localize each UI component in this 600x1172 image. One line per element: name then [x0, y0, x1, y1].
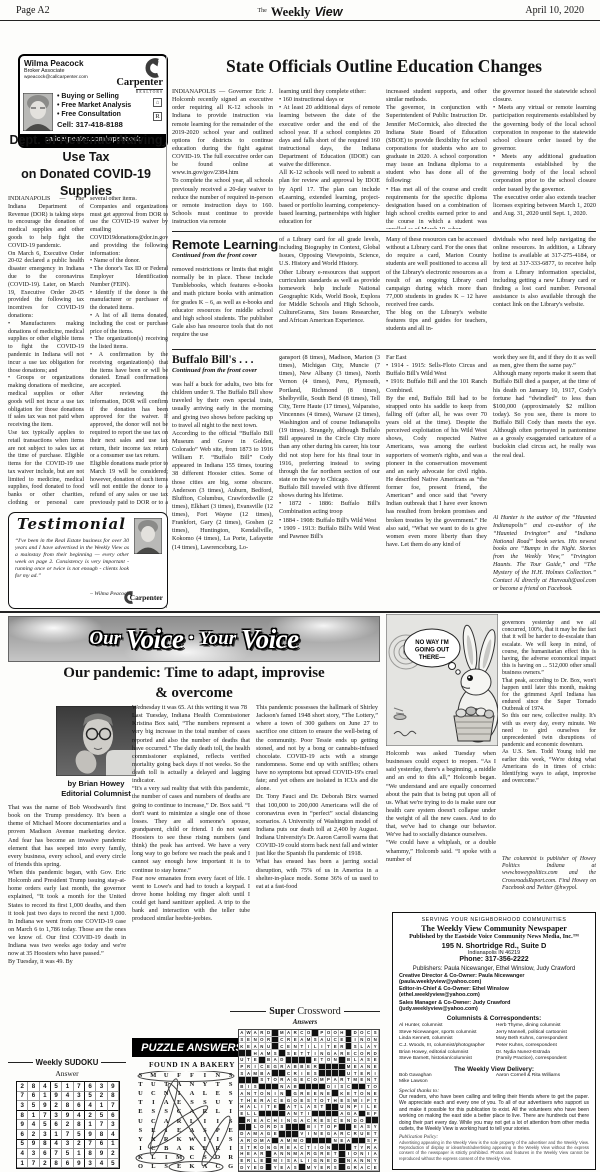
crossword-cell: S [272, 1050, 279, 1057]
columnist-entry: Herb Thyme, dining columnist [496, 1023, 589, 1030]
masthead-title: The Weekly View Community Newspaper [399, 924, 589, 933]
wordsearch-cell: K [186, 1144, 199, 1153]
crossword-cell: I [359, 1097, 366, 1104]
crossword-cell: S [286, 1158, 293, 1165]
masthead-publishers: Publishers: Paula Nicewanger, Ethel Wins… [399, 966, 589, 972]
sudoku-cell: 6 [28, 1092, 39, 1102]
sudoku-cell: 7 [85, 1140, 96, 1150]
wordsearch-cell: S [198, 1126, 211, 1135]
wordsearch-cell: U [134, 1089, 147, 1098]
bubble-line-2: GOING OUT [415, 648, 450, 654]
wordsearch-cell: S [134, 1071, 147, 1080]
crossword-cell: A [299, 1151, 306, 1158]
crossword-cell: S [239, 1037, 246, 1044]
crossword-rule-left [230, 1011, 266, 1012]
education-col-2: learning until they complete either: • 1… [279, 88, 380, 229]
crossword-cell: S [346, 1097, 353, 1104]
crossword-cell: G [266, 1131, 273, 1138]
crossword-cell [326, 1138, 333, 1145]
crossword-cell: A [239, 1090, 246, 1097]
crossword-cell: M [286, 1138, 293, 1145]
crossword-cell: G [326, 1131, 333, 1138]
sudoku-cell: 8 [96, 1130, 107, 1140]
crossword-cell: E [339, 1138, 346, 1145]
crossword-cell [259, 1084, 266, 1091]
crossword-cell: W [246, 1030, 253, 1037]
crossword-cell: C [346, 1084, 353, 1091]
crossword-cell [246, 1077, 253, 1084]
bubble-line-1: NO WAY I'M [415, 640, 448, 646]
crossword-cell [326, 1111, 333, 1118]
columnist-entry: (Family Practice), correspondent [496, 1056, 589, 1063]
crossword-cell: E [299, 1097, 306, 1104]
crossword-cell [246, 1050, 253, 1057]
crossword-cell: O [352, 1151, 359, 1158]
crossword-cell: E [319, 1131, 326, 1138]
sudoku-cell: 6 [62, 1159, 73, 1169]
sudoku-cell: 3 [74, 1092, 85, 1102]
crossword-cell [272, 1070, 279, 1077]
sudoku-cell: 7 [51, 1149, 62, 1159]
crossword-cell [339, 1164, 346, 1171]
crossword-cell: E [246, 1043, 253, 1050]
crossword-cell [346, 1124, 353, 1131]
crossword-cell: A [286, 1077, 293, 1084]
wordsearch-cell: E [224, 1126, 237, 1135]
sudoku-cell: 3 [17, 1101, 28, 1111]
crossword-cell: I [259, 1104, 266, 1111]
sudoku-cell: 3 [96, 1082, 107, 1092]
crossword-cell: E [319, 1164, 326, 1171]
testimonial-title: Testimonial [17, 515, 126, 533]
crossword-cell: E [366, 1111, 373, 1118]
ad-bullet-3: • Free Consultation [57, 110, 131, 119]
sudoku-cell: 1 [108, 1140, 119, 1150]
crossword-cell: S [312, 1104, 319, 1111]
our-voice-banner: Our Voice • Your Voice [8, 616, 380, 662]
columnist-entry: Peter Kuhns, correspondent [496, 1043, 589, 1050]
crossword-cell: M [306, 1164, 313, 1171]
crossword-cell: R [352, 1164, 359, 1171]
sudoku-cell: 5 [74, 1130, 85, 1140]
crossword-cell: T [372, 1131, 379, 1138]
crossword-cell: L [299, 1104, 306, 1111]
crossword-cell: C [272, 1097, 279, 1104]
crossword-cell: T [266, 1104, 273, 1111]
crossword-cell: E [252, 1164, 259, 1171]
crossword-cell: R [286, 1037, 293, 1044]
ad-brand: Carpenter [116, 77, 163, 88]
crossword-cell [279, 1070, 286, 1077]
crossword-cell: N [266, 1090, 273, 1097]
crossword-cell [319, 1070, 326, 1077]
crossword-cell: Y [359, 1144, 366, 1151]
crossword-cell: N [279, 1151, 286, 1158]
sudoku-cell: 8 [17, 1111, 28, 1121]
sudoku-cell: 3 [108, 1120, 119, 1130]
crossword-cell: E [259, 1158, 266, 1165]
crossword-cell: R [312, 1064, 319, 1071]
crossword-cell: O [292, 1097, 299, 1104]
banner-voice-1: Voice [126, 624, 184, 655]
crossword-cell: C [266, 1117, 273, 1124]
crossword-cell: M [292, 1138, 299, 1145]
masthead-owner-2: Editor-in-Chief & Co-Owner: Ethel Winslo… [399, 986, 589, 998]
crossword-cell: C [286, 1070, 293, 1077]
newspaper-nameplate: The Weekly View [0, 3, 600, 21]
sudoku-cell: 4 [17, 1149, 28, 1159]
crossword-cell: G [272, 1064, 279, 1071]
crossword-cell: U [266, 1043, 273, 1050]
crossword-cell: R [279, 1077, 286, 1084]
sudoku-cell: 8 [74, 1120, 85, 1130]
crossword-cell: R [299, 1090, 306, 1097]
testimonial-attribution: – Wilma Peacock [15, 591, 129, 597]
crossword-cell: I [346, 1151, 353, 1158]
crossword-cell [359, 1138, 366, 1145]
crossword-cell: S [366, 1124, 373, 1131]
banner-dot: • [189, 630, 195, 648]
crossword-cell: S [312, 1070, 319, 1077]
sudoku-cell: 5 [62, 1149, 73, 1159]
crossword-cell: N [292, 1043, 299, 1050]
crossword-cell: A [319, 1037, 326, 1044]
buffalo-bill-continued: Continued from the front cover [172, 367, 257, 374]
crossword-cell: C [279, 1043, 286, 1050]
sudoku-cell: 2 [51, 1101, 62, 1111]
crossword-cell: F [366, 1097, 373, 1104]
crossword-cell: N [286, 1117, 293, 1124]
crossword-cell: S [352, 1043, 359, 1050]
masthead-policy-text: Advertising appearing in the Weekly View… [399, 1140, 589, 1161]
crossword-cell: G [286, 1097, 293, 1104]
sudoku-cell: 8 [62, 1101, 73, 1111]
crossword-cell: P [352, 1104, 359, 1111]
crossword-cell [266, 1084, 273, 1091]
opinion-headline-line2: & overcome [8, 685, 380, 702]
wordsearch-cell: L [211, 1107, 224, 1116]
crossword-cell: P [372, 1138, 379, 1145]
wordsearch-cell: S [224, 1089, 237, 1098]
crossword-cell: E [359, 1077, 366, 1084]
crossword-cell: I [272, 1090, 279, 1097]
crossword-cell: N [359, 1151, 366, 1158]
crossword-cell: E [299, 1077, 306, 1084]
crossword-cell: Y [372, 1043, 379, 1050]
sudoku-cell: 5 [96, 1111, 107, 1121]
buffalo-col-3: Far East • 1914 - 1915: Sells-Floto Circ… [386, 354, 487, 608]
sudoku-cell: 9 [85, 1130, 96, 1140]
wordsearch-cell: R [173, 1116, 186, 1125]
sudoku-cell: 5 [40, 1120, 51, 1130]
crossword-cell: C [306, 1077, 313, 1084]
wordsearch-cell: R [160, 1135, 173, 1144]
crossword-cell [299, 1124, 306, 1131]
crossword-cell: E [306, 1064, 313, 1071]
masthead-address: 195 N. Shortridge Rd., Suite D [399, 941, 589, 950]
wordsearch-cell: A [173, 1080, 186, 1089]
crossword-cell [286, 1090, 293, 1097]
crossword-cell: H [332, 1097, 339, 1104]
crossword-cell: E [239, 1158, 246, 1165]
crossword-cell: R [252, 1144, 259, 1151]
sudoku-cell: 1 [62, 1082, 73, 1092]
crossword-cell: R [246, 1064, 253, 1071]
masthead-columnists-left: Al Hunter, columnistSteve Nicewanger, sp… [399, 1023, 492, 1063]
crossword-cell [279, 1111, 286, 1118]
crossword-cell: I [279, 1158, 286, 1165]
wordsearch-cell: C [147, 1144, 160, 1153]
crossword-cell: R [246, 1138, 253, 1145]
sudoku-cell: 2 [96, 1092, 107, 1102]
crossword-cell: D [266, 1030, 273, 1037]
crossword-cell: T [319, 1124, 326, 1131]
crossword-cell: N [326, 1144, 333, 1151]
crossword-cell: C [279, 1037, 286, 1044]
crossword-cell [312, 1084, 319, 1091]
crossword-cell: R [306, 1151, 313, 1158]
masthead-columnists-header: Columnists & Correspondents: [399, 1015, 589, 1022]
wordsearch-cell: K [186, 1162, 199, 1171]
crossword-cell: H [272, 1117, 279, 1124]
crossword-cell: C [332, 1037, 339, 1044]
crossword-cell: M [346, 1064, 353, 1071]
wordsearch-cell: I [211, 1135, 224, 1144]
crossword-cell: S [279, 1124, 286, 1131]
crossword-cell: S [259, 1077, 266, 1084]
crossword-cell: T [299, 1043, 306, 1050]
crossword-cell [306, 1084, 313, 1091]
ad-bullet-2: • Free Market Analysis [57, 101, 131, 110]
crossword-cell: N [366, 1064, 373, 1071]
crossword-cell: S [332, 1164, 339, 1171]
crossword-cell [372, 1117, 379, 1124]
sudoku-cell: 6 [85, 1082, 96, 1092]
puzzle-answers-banner: PUZZLE ANSWERS [132, 1038, 252, 1057]
wordsearch-cell: S [160, 1162, 173, 1171]
crossword-cell: E [339, 1117, 346, 1124]
sudoku-cell: 3 [62, 1140, 73, 1150]
buffalo-col-4: work they see fit, and if they do it as … [493, 354, 596, 512]
revenue-col-2: several other items. Companies and organ… [90, 196, 168, 507]
crossword-cell: N [372, 1037, 379, 1044]
wordsearch-cell: I [147, 1098, 160, 1107]
sudoku-cell: 9 [40, 1101, 51, 1111]
remote-learning-continued: Continued from the front cover [172, 252, 257, 259]
wordsearch-cell: C [147, 1089, 160, 1098]
masthead-tagline: SERVING YOUR NEIGHBORHOOD COMMUNITIES [399, 917, 589, 923]
crossword-cell [272, 1138, 279, 1145]
crossword-cell: S [239, 1070, 246, 1077]
crossword-cell [299, 1057, 306, 1064]
crossword-cell: C [366, 1164, 373, 1171]
crossword-cell: G [272, 1144, 279, 1151]
crossword-cell: T [366, 1084, 373, 1091]
crossword-cell [319, 1138, 326, 1145]
sudoku-cell: 2 [108, 1149, 119, 1159]
crossword-cell: T [306, 1050, 313, 1057]
crossword-cell: R [366, 1070, 373, 1077]
crossword-cell: T [246, 1057, 253, 1064]
crossword-cell: R [312, 1117, 319, 1124]
crossword-cell: E [326, 1090, 333, 1097]
crossword-cell: A [332, 1077, 339, 1084]
wordsearch-cell: M [147, 1071, 160, 1080]
testimonial-photo [134, 518, 162, 554]
crossword-cell: E [252, 1117, 259, 1124]
crossword-cell [346, 1144, 353, 1151]
crossword-cell [259, 1111, 266, 1118]
masthead-delivery-header: The Weekly View Delivery: [399, 1066, 589, 1073]
crossword-cell: N [279, 1090, 286, 1097]
crossword-cell: O [359, 1050, 366, 1057]
wordsearch-cell: I [224, 1107, 237, 1116]
buffalo-bill-title: Buffalo Bill's . . . [172, 354, 253, 366]
wordsearch-cell: A [186, 1089, 199, 1098]
crossword-cell [292, 1131, 299, 1138]
crossword-cell: B [266, 1057, 273, 1064]
crossword-cell: W [352, 1097, 359, 1104]
crossword-cell [332, 1090, 339, 1097]
crossword-cell: E [372, 1057, 379, 1064]
crossword-cell [306, 1057, 313, 1064]
crossword-cell: C [299, 1030, 306, 1037]
crossword-cell: S [339, 1084, 346, 1091]
wordsearch-cell: S [198, 1153, 211, 1162]
remote-col-3: Many of these resources can be accessed … [386, 236, 487, 346]
wordsearch-cell: S [147, 1107, 160, 1116]
crossword-cell: N [359, 1037, 366, 1044]
crossword-subtitle: Answers [230, 1018, 380, 1026]
section-rule-remote [172, 231, 596, 232]
crossword-cell: E [352, 1064, 359, 1071]
crossword-cell: D [326, 1084, 333, 1091]
wordsearch-grid: SMUFFINSSTUTANYTSTUCNIALESATIAESSUYLESSC… [134, 1071, 250, 1171]
crossword-cell: T [252, 1090, 259, 1097]
crossword-cell: B [299, 1064, 306, 1071]
crossword-cell: V [299, 1131, 306, 1138]
crossword-cell: A [346, 1138, 353, 1145]
crossword-cell: I [332, 1084, 339, 1091]
crossword-cell: N [366, 1158, 373, 1165]
wordsearch-cell: W [186, 1135, 199, 1144]
crossword-cell [326, 1070, 333, 1077]
crossword-cell [339, 1064, 346, 1071]
masthead-phone: Phone: 317-356-2222 [399, 956, 589, 963]
crossword-cell: A [332, 1050, 339, 1057]
columnist-entry: Mary Beth Kuhns, correspondent [496, 1036, 589, 1043]
crossword-cell [272, 1084, 279, 1091]
opinion-col-1: That was the name of Bob Woodward's firs… [8, 804, 126, 1050]
crossword-cell [312, 1111, 319, 1118]
wordsearch-cell: C [186, 1153, 199, 1162]
sudoku-cell: 4 [96, 1159, 107, 1169]
buffalo-col-1: was half a buck for adults, two bits for… [172, 381, 273, 608]
wordsearch-cell: O [134, 1162, 147, 1171]
crossword-cell: A [266, 1097, 273, 1104]
sudoku-cell: 8 [28, 1082, 39, 1092]
crossword-cell [292, 1057, 299, 1064]
crossword-cell: K [239, 1043, 246, 1050]
crossword-cell: O [326, 1030, 333, 1037]
crossword-cell [266, 1151, 273, 1158]
crossword-cell: E [286, 1043, 293, 1050]
crossword-cell: I [359, 1104, 366, 1111]
crossword-cell [319, 1111, 326, 1118]
crossword-cell: A [239, 1030, 246, 1037]
crossword-cell: E [279, 1097, 286, 1104]
sudoku-cell: 3 [85, 1159, 96, 1169]
wordsearch-cell: O [211, 1153, 224, 1162]
masthead-owner-1: Creative Director & Co-Owner: Paula Nice… [399, 973, 589, 985]
wordsearch-cell: F [186, 1071, 199, 1080]
sudoku-cell: 7 [74, 1082, 85, 1092]
crossword-cell [359, 1084, 366, 1091]
crossword-cell: T [372, 1097, 379, 1104]
brian-howey-photo [56, 706, 136, 776]
crossword-cell: T [246, 1144, 253, 1151]
opinion-section-rule [0, 611, 600, 613]
crossword-cell: P [326, 1077, 333, 1084]
crossword-cell: M [259, 1138, 266, 1145]
crossword-cell: O [312, 1077, 319, 1084]
crossword-cell: R [279, 1064, 286, 1071]
crossword-cell [279, 1050, 286, 1057]
crossword-cell: A [286, 1164, 293, 1171]
wordsearch-cell: L [198, 1089, 211, 1098]
wordsearch-cell: E [211, 1089, 224, 1098]
crossword-cell: S [239, 1144, 246, 1151]
crossword-cell: N [319, 1158, 326, 1165]
crossword-cell: A [259, 1131, 266, 1138]
crossword-cell [252, 1077, 259, 1084]
crossword-cell: I [279, 1117, 286, 1124]
crossword-cell: Y [246, 1164, 253, 1171]
wordsearch-cell: S [198, 1098, 211, 1107]
sudoku-cell: 9 [96, 1149, 107, 1159]
wordsearch-cell: S [224, 1080, 237, 1089]
crossword-cell: R [266, 1124, 273, 1131]
crossword-cell: N [366, 1077, 373, 1084]
crossword-cell: N [346, 1117, 353, 1124]
crossword-cell: A [279, 1138, 286, 1145]
equal-housing-icon: ⌂ [153, 98, 162, 107]
crossword-cell: A [359, 1064, 366, 1071]
education-col-1: INDIANAPOLIS — Governor Eric J. Holcomb … [172, 88, 273, 229]
crossword-cell: T [306, 1144, 313, 1151]
crossword-cell: I [312, 1124, 319, 1131]
crossword-cell: A [246, 1131, 253, 1138]
sudoku-cell: 9 [17, 1120, 28, 1130]
crossword-cell: U [346, 1070, 353, 1077]
crossword-cell: P [332, 1124, 339, 1131]
crossword-grid: AWARDMARCOPOOHDOCSSENORCREAMSAUCEINONKEA… [238, 1029, 380, 1172]
crossword-cell: D [259, 1164, 266, 1171]
sudoku-cell: 4 [85, 1101, 96, 1111]
sudoku-subtitle: Answer [8, 1069, 126, 1078]
wordsearch-cell: S [224, 1071, 237, 1080]
crossword-cell: O [272, 1077, 279, 1084]
columnist-entry: Linda Kennett, columnist [399, 1036, 492, 1043]
crossword-cell: S [252, 1084, 259, 1091]
wordsearch-cell: I [211, 1116, 224, 1125]
crossword-cell: A [352, 1158, 359, 1165]
crossword-cell: A [292, 1158, 299, 1165]
crossword-cell: O [252, 1138, 259, 1145]
wordsearch-cell: R [224, 1153, 237, 1162]
crossword-cell: E [246, 1151, 253, 1158]
crossword-cell: M [252, 1070, 259, 1077]
